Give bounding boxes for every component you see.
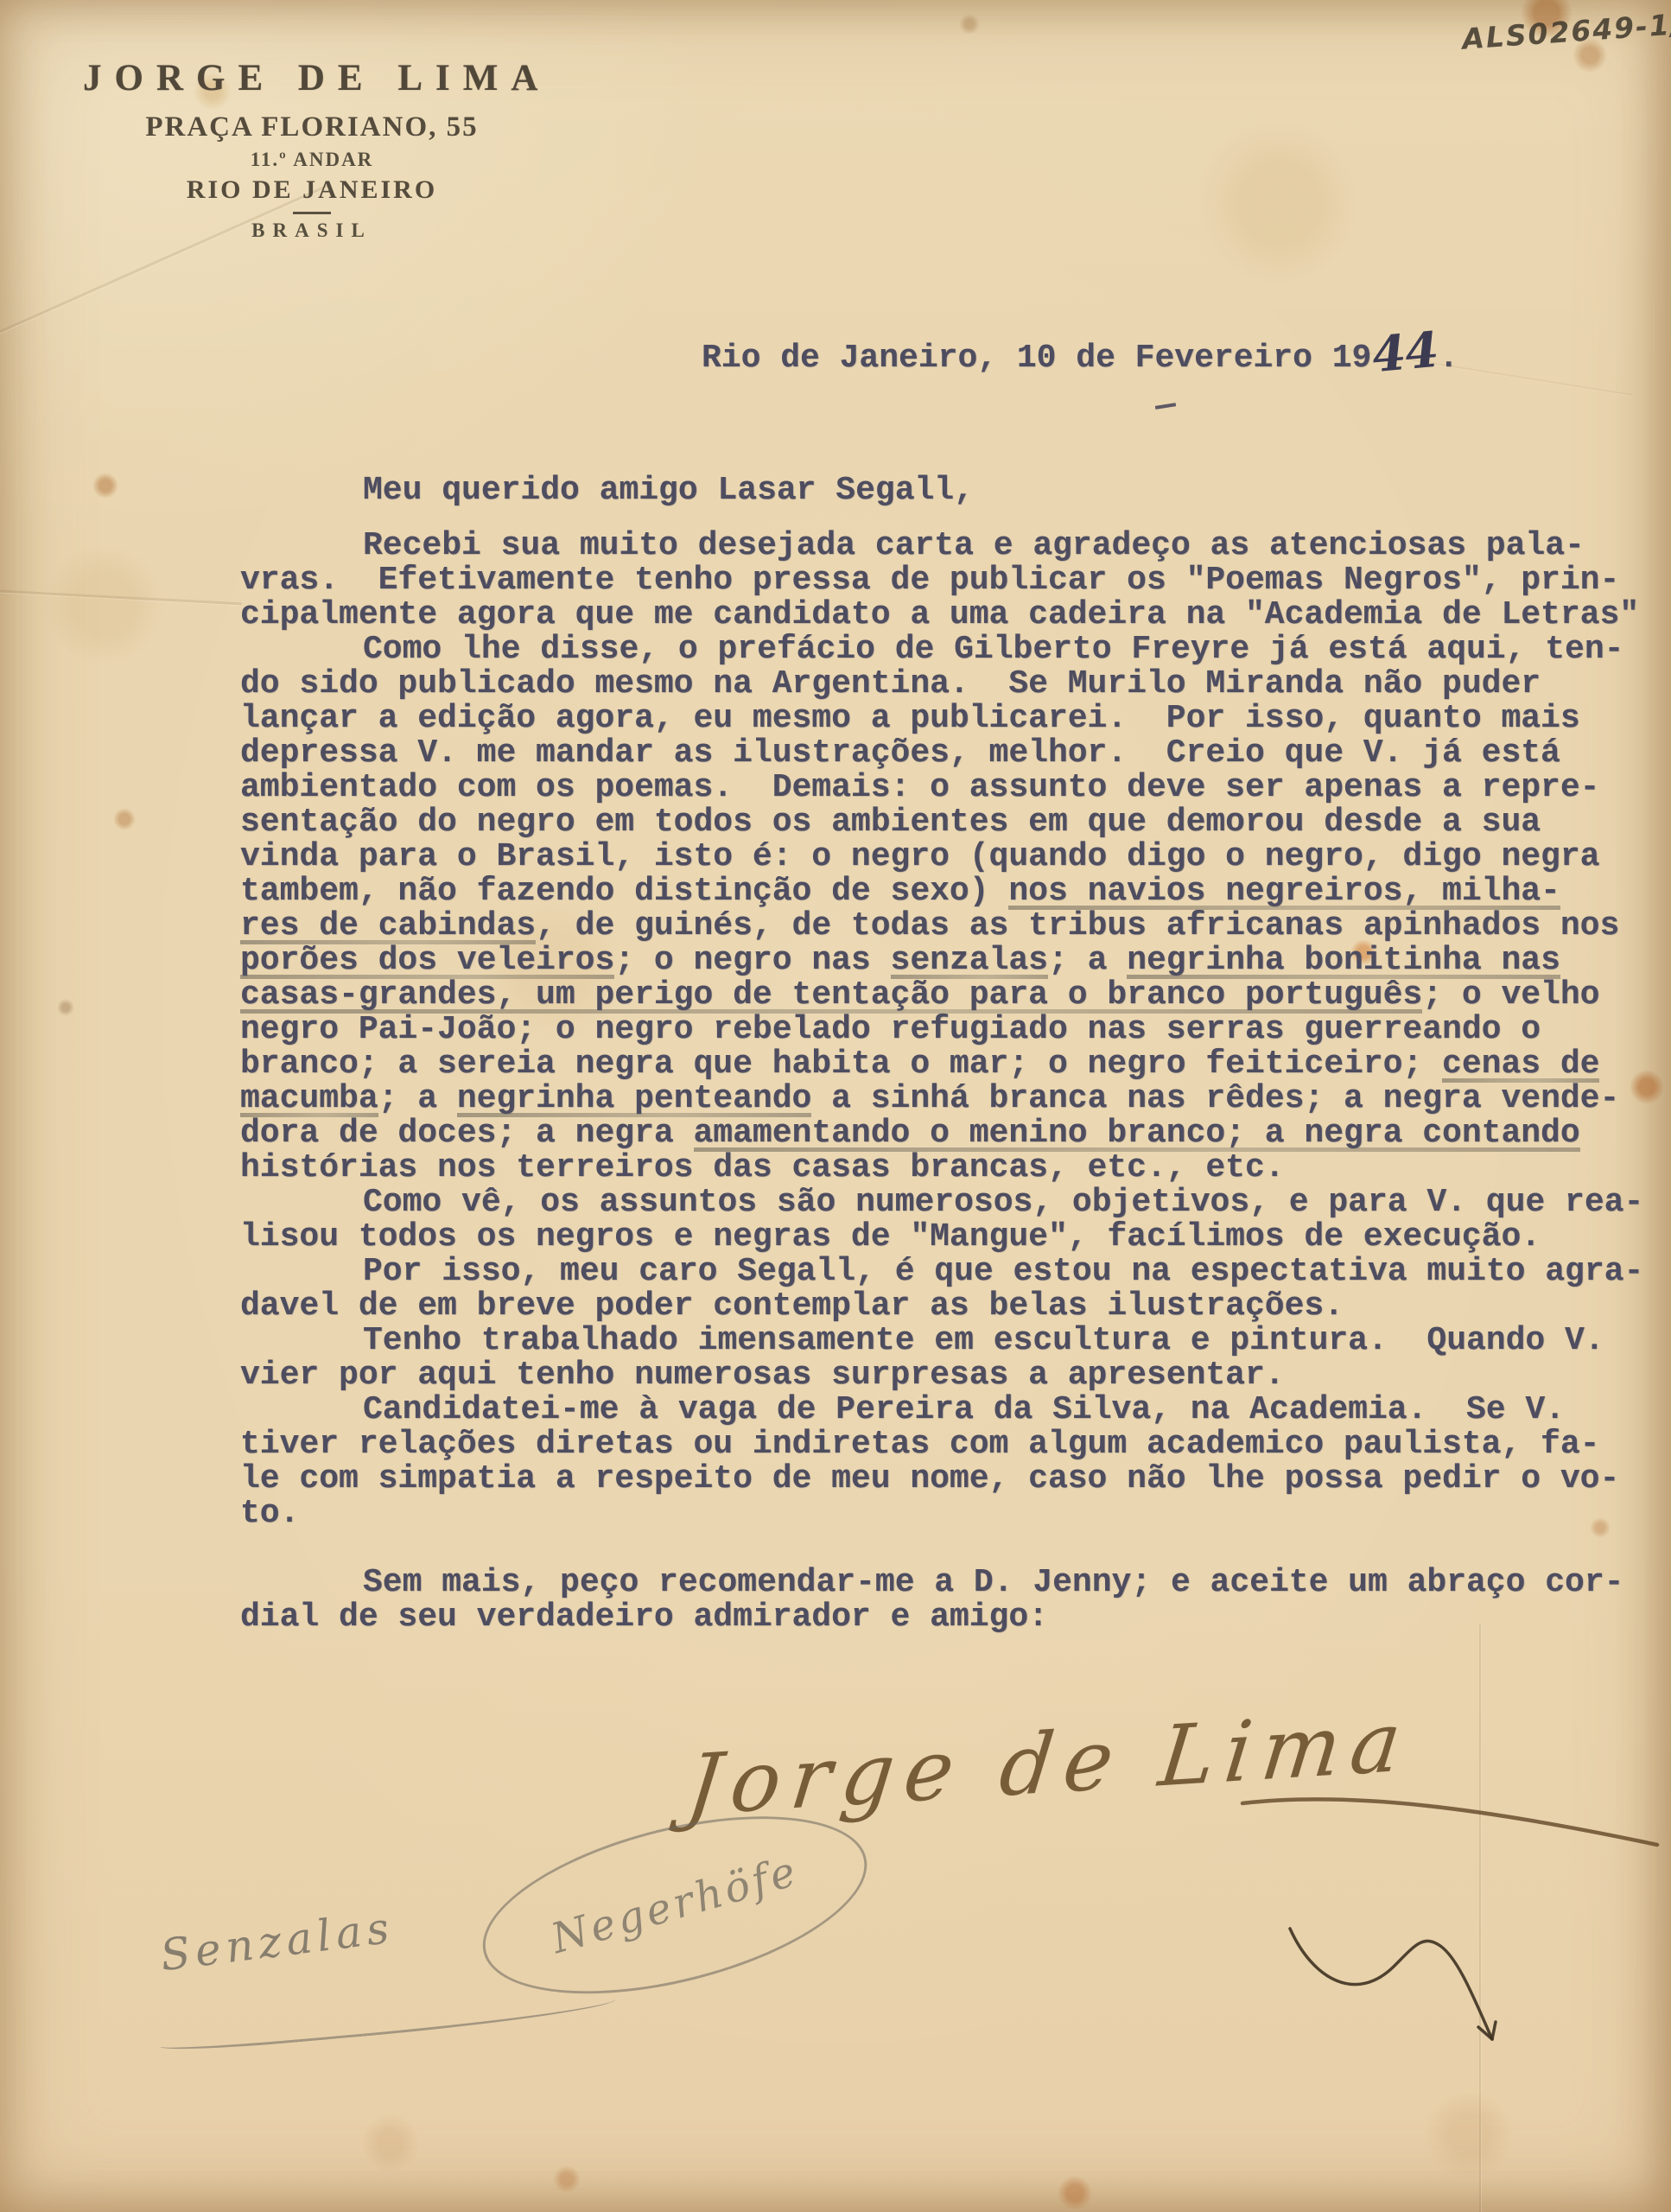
text-line: negro Pai-João; o negro rebelado refugia… (240, 1013, 1657, 1047)
text-line: branco; a sereia negra que habita o mar;… (240, 1047, 1657, 1082)
paper-crease (1479, 1624, 1481, 2212)
text-segment: to. (240, 1495, 299, 1532)
text-segment: tiver relações diretas ou indiretas com … (240, 1426, 1599, 1463)
text-line: vinda para o Brasil, isto é: o negro (qu… (240, 840, 1657, 874)
text-line: ambientado com os poemas. Demais: o assu… (240, 771, 1657, 805)
text-line: dora de doces; a negra amamentando o men… (240, 1116, 1657, 1151)
signature-handwritten: Jorge de Lima (682, 1693, 1416, 1834)
text-line: depressa V. me mandar as ilustrações, me… (240, 736, 1657, 771)
paragraph: Recebi sua muito desejada carta e agrade… (240, 529, 1657, 632)
paragraph: Como vê, os assuntos são numerosos, obje… (240, 1185, 1657, 1255)
paragraph: Sem mais, peço recomendar-me a D. Jenny;… (240, 1566, 1657, 1635)
letterhead-country: BRASIL (83, 219, 541, 242)
text-line: to. (240, 1497, 1657, 1531)
text-line: Recebi sua muito desejada carta e agrade… (240, 529, 1657, 563)
text-line: Tenho trabalhado imensamente em escultur… (240, 1324, 1657, 1358)
scanned-letter-page: JORGE DE LIMA PRAÇA FLORIANO, 55 11.º AN… (0, 0, 1671, 2212)
text-line: do sido publicado mesmo na Argentina. Se… (240, 667, 1657, 702)
catalog-number-annotation: ALS02649-1/1 (1461, 5, 1671, 55)
letterhead-name: JORGE DE LIMA (83, 57, 541, 99)
text-line: Como lhe disse, o prefácio de Gilberto F… (240, 632, 1657, 667)
paragraph: Como lhe disse, o prefácio de Gilberto F… (240, 632, 1657, 1185)
pencil-underlined-text: negrinha penteando (457, 1080, 811, 1117)
text-segment: davel de em breve poder contemplar as be… (240, 1287, 1344, 1325)
letterhead: JORGE DE LIMA PRAÇA FLORIANO, 55 11.º AN… (83, 57, 541, 242)
text-segment: ambientado com os poemas. Demais: o assu… (240, 769, 1599, 806)
text-segment: histórias nos terreiros das casas branca… (240, 1149, 1285, 1186)
paragraph: Candidatei-me à vaga de Pereira da Silva… (240, 1393, 1657, 1531)
pencil-underlined-text: amamentando o menino branco; a negra con… (694, 1115, 1580, 1152)
text-segment: a sinhá branca nas rêdes; a negra vende- (811, 1080, 1619, 1117)
letterhead-divider (293, 212, 331, 214)
text-line: lançar a edição agora, eu mesmo a public… (240, 702, 1657, 736)
pencil-underlined-text: macumba (240, 1080, 378, 1117)
dateline: Rio de Janeiro, 10 de Fevereiro 1944. (702, 321, 1458, 378)
pencil-underlined-text: senzalas (891, 942, 1048, 979)
pencil-underlined-text: res de cabindas (240, 907, 536, 944)
text-line: cipalmente agora que me candidato a uma … (240, 598, 1657, 632)
text-line: casas-grandes, um perigo de tentação par… (240, 978, 1657, 1013)
text-segment: ; a (1048, 942, 1127, 979)
letter-body: Meu querido amigo Lasar Segall, Recebi s… (240, 474, 1657, 1635)
pencil-underlined-text: cenas de (1442, 1046, 1599, 1083)
salutation: Meu querido amigo Lasar Segall, (240, 474, 1657, 508)
text-segment: ; o velho (1422, 976, 1599, 1014)
pencil-underlined-text: nos navios negreiros, milha- (1008, 873, 1560, 910)
dateline-typed: Rio de Janeiro, 10 de Fevereiro 19 (702, 340, 1371, 377)
letterhead-floor: 11.º ANDAR (83, 149, 541, 171)
text-line: histórias nos terreiros das casas branca… (240, 1151, 1657, 1185)
text-segment: Como vê, os assuntos são numerosos, obje… (363, 1184, 1643, 1221)
pencil-underlined-text: casas-grandes, um perigo de tentação par… (240, 976, 1422, 1014)
text-line: Candidatei-me à vaga de Pereira da Silva… (240, 1393, 1657, 1427)
text-segment: dora de doces; a negra (240, 1115, 694, 1152)
text-segment: do sido publicado mesmo na Argentina. Se… (240, 665, 1541, 702)
text-segment: Recebi sua muito desejada carta e agrade… (363, 527, 1585, 564)
text-segment: sentação do negro em todos os ambientes … (240, 804, 1541, 841)
text-line: tambem, não fazendo distinção de sexo) n… (240, 874, 1657, 909)
text-segment: negro Pai-João; o negro rebelado refugia… (240, 1011, 1541, 1048)
text-segment: Tenho trabalhado imensamente em escultur… (363, 1322, 1604, 1359)
text-segment: depressa V. me mandar as ilustrações, me… (240, 734, 1560, 772)
pencil-note: Senzalas Negerhöfe (158, 1906, 397, 1976)
paragraph: Tenho trabalhado imensamente em escultur… (240, 1324, 1657, 1393)
text-line: vier por aqui tenho numerosas surpresas … (240, 1358, 1657, 1393)
text-line: le com simpatia a respeito de meu nome, … (240, 1462, 1657, 1497)
text-segment: Por isso, meu caro Segall, é que estou n… (363, 1253, 1643, 1290)
text-line: macumba; a negrinha penteando a sinhá br… (240, 1082, 1657, 1116)
text-segment: tambem, não fazendo distinção de sexo) (240, 873, 1008, 910)
text-segment: cipalmente agora que me candidato a uma … (240, 596, 1639, 633)
pencil-dash-mark (1155, 403, 1176, 410)
text-line: tiver relações diretas ou indiretas com … (240, 1427, 1657, 1462)
dateline-period: . (1439, 340, 1458, 377)
paper-crease (0, 590, 242, 606)
pencil-underlined-text: porões dos veleiros (240, 942, 614, 979)
dateline-handwritten-year: 44 (1370, 321, 1440, 384)
text-line: Por isso, meu caro Segall, é que estou n… (240, 1255, 1657, 1289)
text-segment: vier por aqui tenho numerosas surpresas … (240, 1357, 1285, 1394)
letterhead-city: RIO DE JANEIRO (83, 175, 541, 205)
text-segment: Candidatei-me à vaga de Pereira da Silva… (363, 1391, 1565, 1428)
letterhead-street: PRAÇA FLORIANO, 55 (83, 111, 541, 143)
text-segment: ; o negro nas (614, 942, 890, 979)
text-segment: Sem mais, peço recomendar-me a D. Jenny;… (363, 1564, 1623, 1601)
text-segment: vras. Efetivamente tenho pressa de publi… (240, 562, 1619, 599)
flourish-squiggle (1266, 1901, 1542, 2074)
text-line: davel de em breve poder contemplar as be… (240, 1289, 1657, 1324)
paragraph: Por isso, meu caro Segall, é que estou n… (240, 1255, 1657, 1324)
pencil-note-circled-word: Negerhöfe (546, 1847, 804, 1963)
text-segment: ; a (378, 1080, 457, 1117)
text-segment: lisou todos os negros e negras de "Mangu… (240, 1218, 1541, 1255)
text-line: porões dos veleiros; o negro nas senzala… (240, 944, 1657, 978)
text-segment: vinda para o Brasil, isto é: o negro (qu… (240, 838, 1599, 875)
text-segment: le com simpatia a respeito de meu nome, … (240, 1460, 1619, 1497)
pencil-note-underline (158, 1989, 617, 2054)
text-segment: dial de seu verdadeiro admirador e amigo… (240, 1599, 1048, 1636)
text-line: Sem mais, peço recomendar-me a D. Jenny;… (240, 1566, 1657, 1600)
text-segment: , de guinés, de todas as tribus africana… (536, 907, 1619, 944)
text-line: sentação do negro em todos os ambientes … (240, 805, 1657, 840)
pencil-note-word: Senzalas (157, 1903, 397, 1981)
pencil-underlined-text: negrinha bonitinha nas (1127, 942, 1560, 979)
text-line: Como vê, os assuntos são numerosos, obje… (240, 1185, 1657, 1220)
text-segment: lançar a edição agora, eu mesmo a public… (240, 700, 1580, 737)
text-segment: Como lhe disse, o prefácio de Gilberto F… (363, 631, 1623, 668)
text-line: dial de seu verdadeiro admirador e amigo… (240, 1600, 1657, 1635)
text-segment: branco; a sereia negra que habita o mar;… (240, 1046, 1442, 1083)
text-line: vras. Efetivamente tenho pressa de publi… (240, 563, 1657, 598)
text-line: res de cabindas, de guinés, de todas as … (240, 909, 1657, 944)
text-line: lisou todos os negros e negras de "Mangu… (240, 1220, 1657, 1255)
